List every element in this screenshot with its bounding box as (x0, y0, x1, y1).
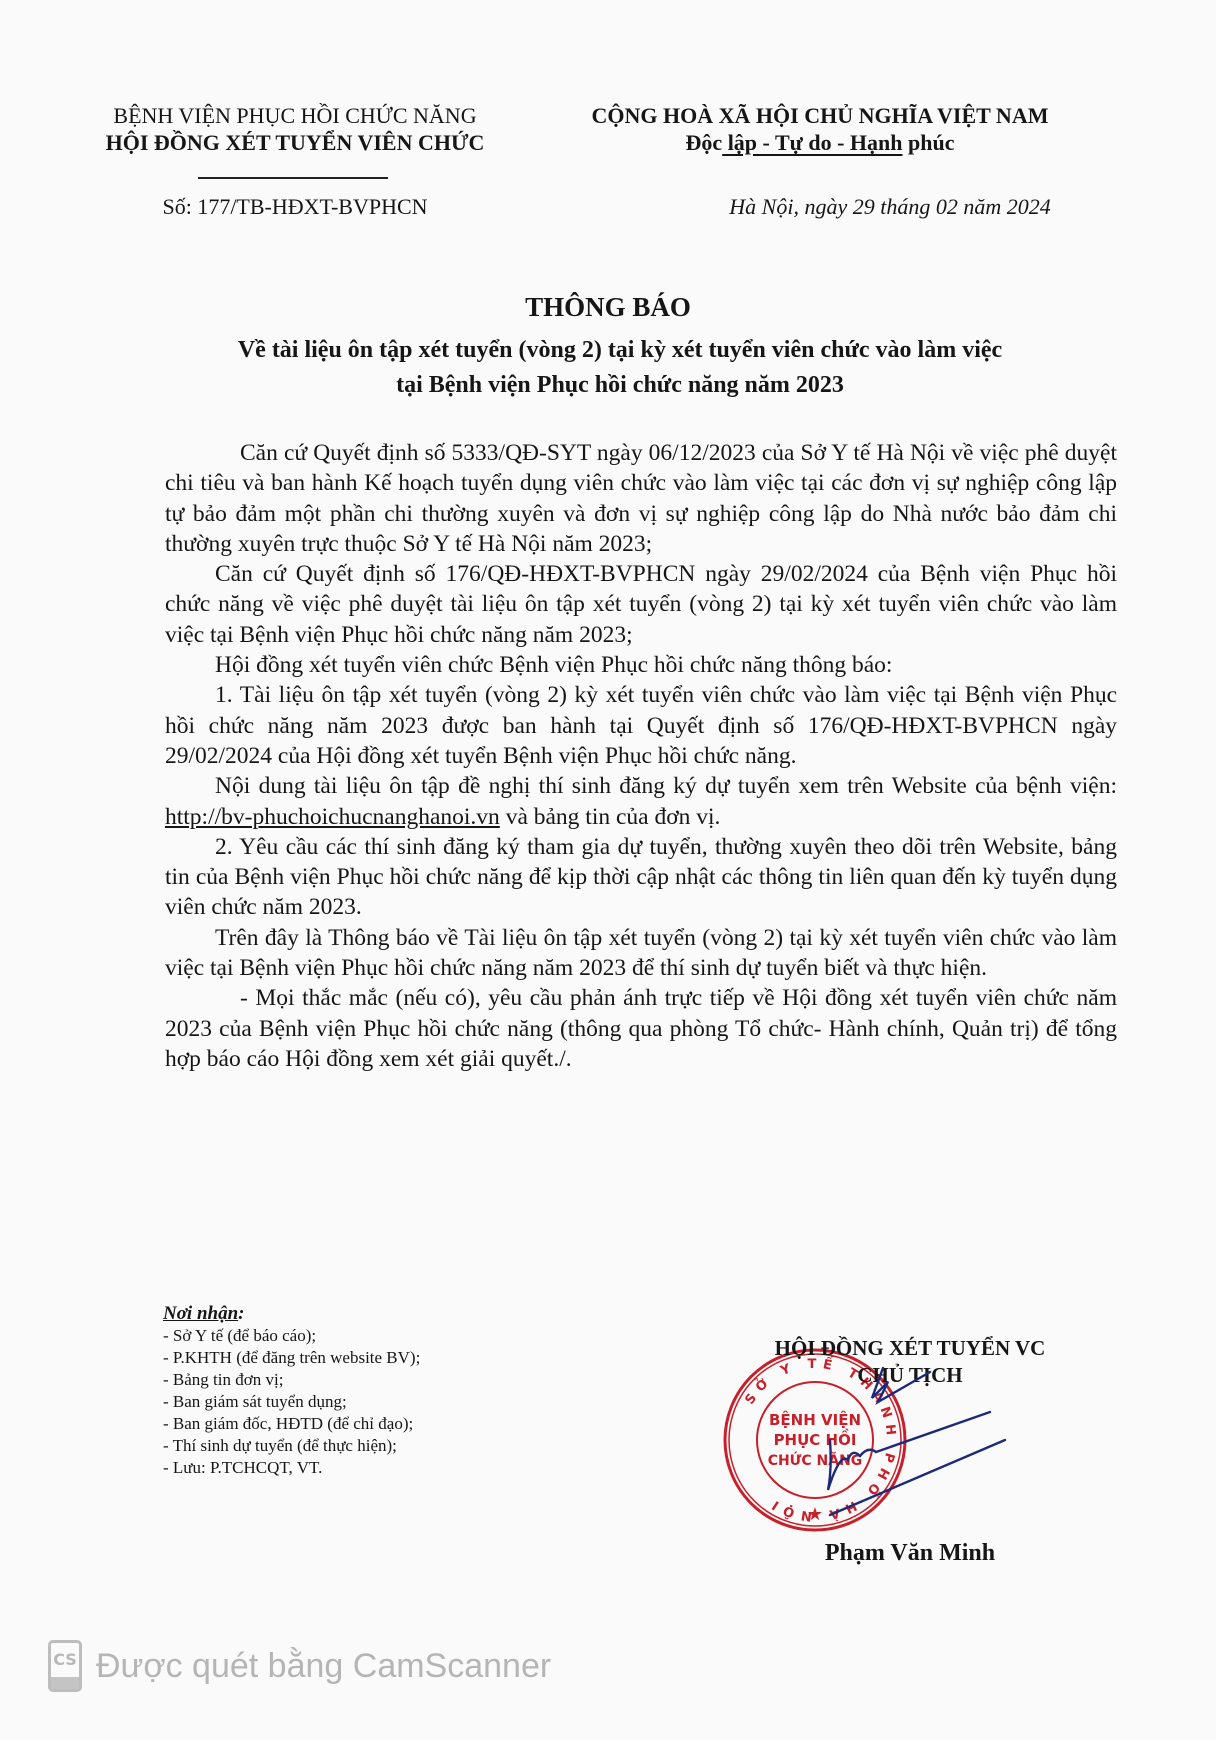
header-divider (198, 177, 388, 179)
signer-name: Phạm Văn Minh (740, 1540, 1080, 1567)
paragraph-announcement-intro: Hội đồng xét tuyển viên chức Bệnh viện P… (165, 650, 1117, 680)
org-name-council: HỘI ĐỒNG XÉT TUYỂN VIÊN CHỨC (60, 129, 530, 156)
paragraph-legal-basis-1: Căn cứ Quyết định số 5333/QĐ-SYT ngày 06… (165, 438, 1117, 559)
nation-name: CỘNG HOÀ XÃ HỘI CHỦ NGHĨA VIỆT NAM (580, 102, 1060, 129)
recipient-item: - Bảng tin đơn vị; (163, 1369, 420, 1391)
paragraph-item-1: 1. Tài liệu ôn tập xét tuyển (vòng 2) kỳ… (165, 680, 1117, 771)
paragraph-item-2: 2. Yêu cầu các thí sinh đăng ký tham gia… (165, 832, 1117, 923)
issue-date: Hà Nội, ngày 29 tháng 02 năm 2024 (690, 194, 1090, 220)
issuing-organization: BỆNH VIỆN PHỤC HỒI CHỨC NĂNG HỘI ĐỒNG XÉ… (60, 102, 530, 156)
document-body: Căn cứ Quyết định số 5333/QĐ-SYT ngày 06… (165, 438, 1117, 1074)
recipients-list: Nơi nhận: - Sở Y tế (để báo cáo); - P.KH… (163, 1303, 420, 1479)
recipient-item: - P.KHTH (để đăng trên website BV); (163, 1347, 420, 1369)
recipient-item: - Sở Y tế (để báo cáo); (163, 1325, 420, 1347)
watermark-text: Được quét bằng CamScanner (96, 1647, 551, 1686)
recipient-item: - Ban giám sát tuyển dụng; (163, 1391, 420, 1413)
recipient-item: - Thí sinh dự tuyển (để thực hiện); (163, 1435, 420, 1457)
national-heading: CỘNG HOÀ XÃ HỘI CHỦ NGHĨA VIỆT NAM Độc l… (580, 102, 1060, 156)
camscanner-icon: CS (48, 1640, 82, 1692)
hospital-website-link[interactable]: http://bv-phuchoichucnanghanoi.vn (165, 804, 500, 830)
document-number: Số: 177/TB-HĐXT-BVPHCN (60, 194, 530, 220)
handwritten-signature-icon (790, 1360, 1050, 1530)
recipients-heading: Nơi nhận: (163, 1303, 420, 1325)
document-title: THÔNG BÁO (0, 292, 1216, 323)
document-subtitle: Về tài liệu ôn tập xét tuyển (vòng 2) tạ… (120, 333, 1120, 403)
scanner-watermark: CS Được quét bằng CamScanner (48, 1640, 551, 1692)
national-motto: Độc lập - Tự do - Hạnh phúc (580, 129, 1060, 156)
org-name-hospital: BỆNH VIỆN PHỤC HỒI CHỨC NĂNG (60, 102, 530, 129)
signing-body: HỘI ĐỒNG XÉT TUYỂN VC (720, 1335, 1100, 1362)
paragraph-inquiries: - Mọi thắc mắc (nếu có), yêu cầu phản án… (165, 983, 1117, 1074)
recipient-item: - Lưu: P.TCHCQT, VT. (163, 1457, 420, 1479)
paragraph-website-info: Nội dung tài liệu ôn tập đề nghị thí sin… (165, 771, 1117, 832)
paragraph-legal-basis-2: Căn cứ Quyết định số 176/QĐ-HĐXT-BVPHCN … (165, 559, 1117, 650)
paragraph-conclusion: Trên đây là Thông báo về Tài liệu ôn tập… (165, 923, 1117, 984)
recipient-item: - Ban giám đốc, HĐTD (để chỉ đạo); (163, 1413, 420, 1435)
